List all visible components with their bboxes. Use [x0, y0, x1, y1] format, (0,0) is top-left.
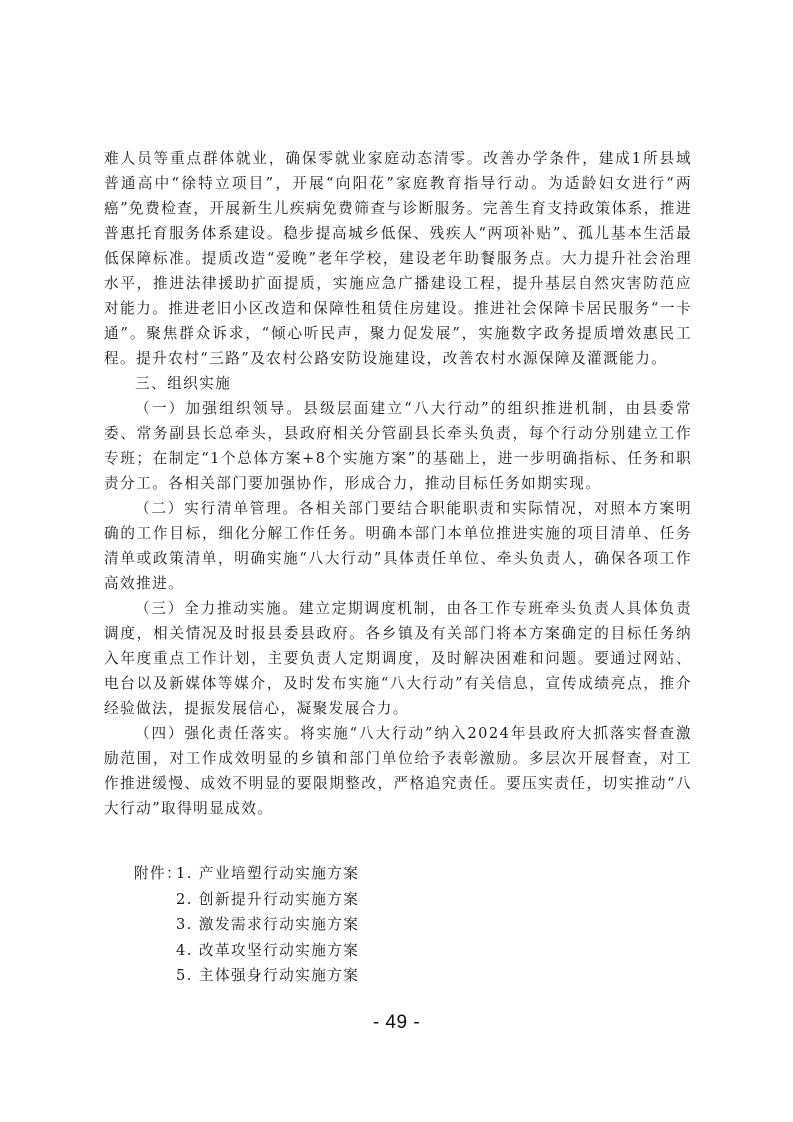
paragraph-list-management: （二）实行清单管理。各相关部门要结合职能职责和实际情况，对照本方案明确的工作目标…: [104, 496, 692, 596]
attachments-list: 附件： 1. 产业培塑行动实施方案 2. 创新提升行动实施方案 3. 激发需求行…: [134, 861, 359, 989]
attachments-label: 附件：: [134, 861, 176, 887]
paragraph-organization-leadership: （一）加强组织领导。县级层面建立“八大行动”的组织推进机制，由县委常委、常务副县…: [104, 396, 692, 496]
section-heading: 三、组织实施: [104, 371, 692, 396]
attachment-row: 2. 创新提升行动实施方案: [134, 887, 359, 913]
continuation-paragraph: 难人员等重点群体就业，确保零就业家庭动态清零。改善办学条件，建成1所县域普通高中…: [104, 146, 692, 371]
attachment-row: 4. 改革攻坚行动实施方案: [134, 938, 359, 964]
attachment-item: 5. 主体强身行动实施方案: [176, 963, 359, 989]
attachment-item: 3. 激发需求行动实施方案: [176, 912, 359, 938]
attachment-item: 4. 改革攻坚行动实施方案: [176, 938, 359, 964]
paragraph-promote-implementation: （三）全力推动实施。建立定期调度机制，由各工作专班牵头负责人具体负责调度，相关情…: [104, 596, 692, 721]
attachment-item: 1. 产业培塑行动实施方案: [176, 861, 359, 887]
attachment-row: 3. 激发需求行动实施方案: [134, 912, 359, 938]
attachment-item: 2. 创新提升行动实施方案: [176, 887, 359, 913]
document-body: 难人员等重点群体就业，确保零就业家庭动态清零。改善办学条件，建成1所县域普通高中…: [104, 146, 692, 821]
paragraph-responsibility: （四）强化责任落实。将实施“八大行动”纳入2024年县政府大抓落实督查激励范围，…: [104, 721, 692, 821]
attachment-row: 5. 主体强身行动实施方案: [134, 963, 359, 989]
attachment-row: 附件： 1. 产业培塑行动实施方案: [134, 861, 359, 887]
page-number: - 49 -: [0, 1012, 793, 1034]
